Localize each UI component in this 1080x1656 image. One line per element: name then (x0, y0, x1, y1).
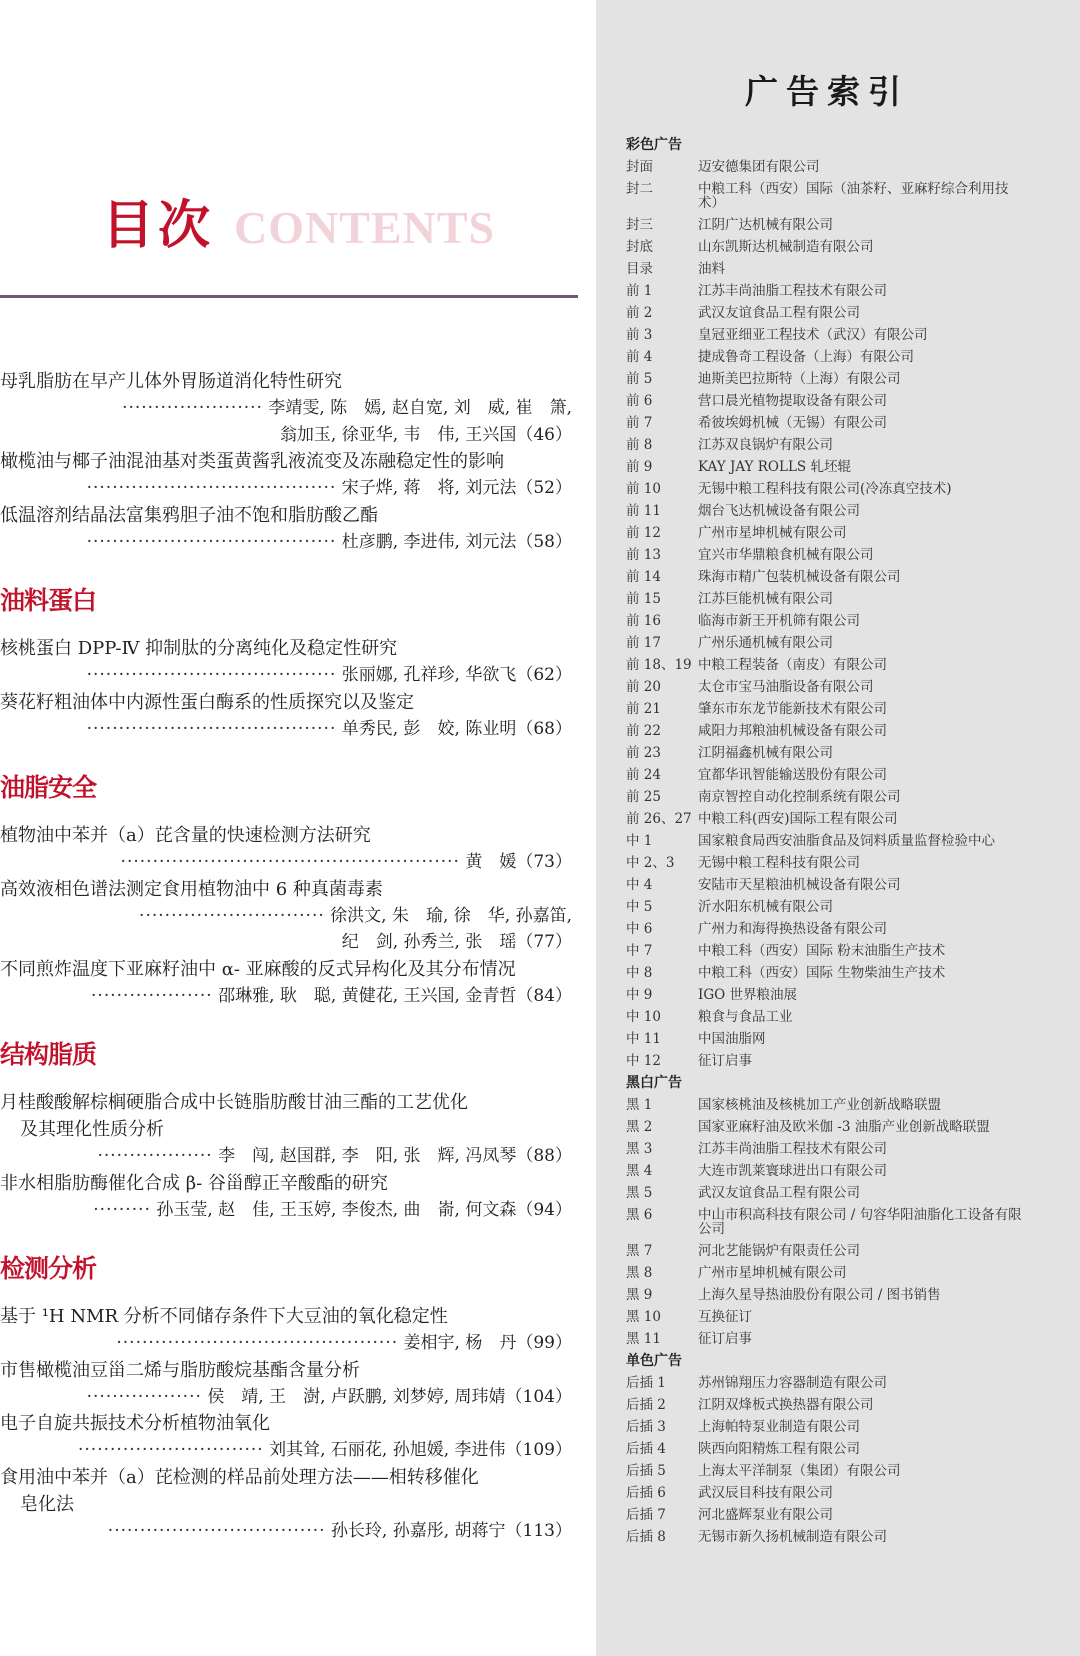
ad-entry: 中 2、3无锡中粮工程科技有限公司 (626, 852, 1026, 874)
ad-category: 彩色广告 (626, 134, 1026, 156)
ad-position: 中 8 (626, 962, 698, 984)
ad-advertiser: 宜兴市华鼎粮食机械有限公司 (698, 544, 1026, 566)
article-title-line: 不同煎炸温度下亚麻籽油中 α- 亚麻酸的反式异构化及其分布情况 (0, 959, 516, 980)
ad-entry: 前 11烟台飞达机械设备有限公司 (626, 500, 1026, 522)
article-title: 母乳脂肪在早产儿体外胃肠道消化特性研究 (0, 368, 580, 395)
authors-page: 徐洪文, 朱 瑜, 徐 华, 孙嘉笛, (330, 906, 572, 926)
toc-entry[interactable]: 高效液相色谱法测定食用植物油中 6 种真菌毒素·················… (0, 876, 580, 956)
article-title-line: 葵花籽粗油体中内源性蛋白酶系的性质探究以及鉴定 (0, 692, 414, 713)
ad-entry: 封面迈安德集团有限公司 (626, 156, 1026, 178)
ad-advertiser: 国家粮食局西安油脂食品及饲料质量监督检验中心 (698, 830, 1026, 852)
authors-line: ····························· 刘其耸, 石丽花, … (0, 1437, 572, 1464)
ad-category: 单色广告 (626, 1350, 1026, 1372)
ad-position: 前 1 (626, 280, 698, 302)
article-title: 橄榄油与椰子油混油基对类蛋黄酱乳液流变及冻融稳定性的影响 (0, 448, 580, 475)
ad-position: 前 2 (626, 302, 698, 324)
article-authors: ··················· 邵琳雅, 耿 聪, 黄健花, 王兴国, … (0, 983, 580, 1010)
ad-advertiser: 广州力和海得换热设备有限公司 (698, 918, 1026, 940)
ad-advertiser: 国家核桃油及核桃加工产业创新战略联盟 (698, 1094, 1026, 1116)
toc-entry[interactable]: 核桃蛋白 DPP-Ⅳ 抑制肽的分离纯化及稳定性研究···············… (0, 635, 580, 689)
ad-entry: 封底山东凯斯达机械制造有限公司 (626, 236, 1026, 258)
ad-entry: 黑 7河北艺能锅炉有限责任公司 (626, 1240, 1026, 1262)
ad-position: 前 22 (626, 720, 698, 742)
ad-advertiser: 征订启事 (698, 1050, 1026, 1072)
ad-advertiser: 陕西向阳精炼工程有限公司 (698, 1438, 1026, 1460)
ad-position: 前 14 (626, 566, 698, 588)
authors-line: 翁加玉, 徐亚华, 韦 伟, 王兴国（46） (0, 422, 572, 449)
ad-entry: 中 9IGO 世界粮油展 (626, 984, 1026, 1006)
ad-advertiser: 广州市星坤机械有限公司 (698, 522, 1026, 544)
ad-position: 前 3 (626, 324, 698, 346)
authors-page: 刘其耸, 石丽花, 孙旭媛, 李进伟（109） (269, 1440, 572, 1460)
article-authors: ······································· … (0, 662, 580, 689)
authors-page: 宋子烨, 蒋 将, 刘元法（52） (342, 478, 572, 498)
ad-entry: 中 7中粮工科（西安）国际 粉末油脂生产技术 (626, 940, 1026, 962)
ad-entry: 中 12征订启事 (626, 1050, 1026, 1072)
ad-advertiser: 太仓市宝马油脂设备有限公司 (698, 676, 1026, 698)
article-title-line: 低温溶剂结晶法富集鸦胆子油不饱和脂肪酸乙酯 (0, 505, 378, 526)
toc-entry[interactable]: 母乳脂肪在早产儿体外胃肠道消化特性研究·····················… (0, 368, 580, 448)
section-title: 结构脂质 (0, 1035, 580, 1071)
ad-entry: 后插 6武汉辰目科技有限公司 (626, 1482, 1026, 1504)
article-title-line: 市售橄榄油豆甾二烯与脂肪酸烷基酯含量分析 (0, 1360, 360, 1381)
leader-dots: ····························· (78, 1440, 264, 1460)
ad-advertiser: 安陆市天星粮油机械设备有限公司 (698, 874, 1026, 896)
ad-advertiser: 江苏丰尚油脂工程技术有限公司 (698, 1138, 1026, 1160)
ad-position: 前 9 (626, 456, 698, 478)
ad-position: 前 7 (626, 412, 698, 434)
ad-position: 前 17 (626, 632, 698, 654)
toc-entry[interactable]: 电子自旋共振技术分析植物油氧化·························… (0, 1410, 580, 1464)
toc-heading-en: CONTENTS (234, 201, 495, 254)
article-title-line: 食用油中苯并（a）芘检测的样品前处理方法——相转移催化 (0, 1467, 479, 1488)
ad-advertiser: 大连市凯莱寰球进出口有限公司 (698, 1160, 1026, 1182)
ad-advertiser: 无锡中粮工程科技有限公司(冷冻真空技术) (698, 478, 1026, 500)
section-title: 检测分析 (0, 1249, 580, 1285)
ad-position: 后插 5 (626, 1460, 698, 1482)
article-title: 基于 ¹H NMR 分析不同储存条件下大豆油的氧化稳定性 (0, 1303, 580, 1330)
ad-entry: 前 17广州乐通机械有限公司 (626, 632, 1026, 654)
ad-advertiser: 江阴双烽板式换热器有限公司 (698, 1394, 1026, 1416)
ad-position: 前 21 (626, 698, 698, 720)
toc-entry[interactable]: 橄榄油与椰子油混油基对类蛋黄酱乳液流变及冻融稳定性的影响············… (0, 448, 580, 502)
article-title: 低温溶剂结晶法富集鸦胆子油不饱和脂肪酸乙酯 (0, 502, 580, 529)
ad-advertiser: KAY JAY ROLLS 轧坯辊 (698, 456, 1026, 478)
authors-line: ····························· 徐洪文, 朱 瑜, … (0, 903, 572, 930)
ad-entry: 前 12广州市星坤机械有限公司 (626, 522, 1026, 544)
article-title-line: 橄榄油与椰子油混油基对类蛋黄酱乳液流变及冻融稳定性的影响 (0, 451, 504, 472)
ad-entry: 黑 10互换征订 (626, 1306, 1026, 1328)
authors-page: 杜彦鹏, 李进伟, 刘元法（58） (342, 532, 572, 552)
authors-line: ··················· 邵琳雅, 耿 聪, 黄健花, 王兴国, … (0, 983, 572, 1010)
toc-entry[interactable]: 植物油中苯并（a）芘含量的快速检测方法研究···················… (0, 822, 580, 876)
ad-advertiser: 武汉辰目科技有限公司 (698, 1482, 1026, 1504)
ad-advertiser: 迈安德集团有限公司 (698, 156, 1026, 178)
ad-position: 中 4 (626, 874, 698, 896)
ad-advertiser: 中国油脂网 (698, 1028, 1026, 1050)
ad-advertiser: 迪斯美巴拉斯特（上海）有限公司 (698, 368, 1026, 390)
toc-entry[interactable]: 月桂酸酸解棕榈硬脂合成中长链脂肪酸甘油三酯的工艺优化及其理化性质分析······… (0, 1089, 580, 1170)
article-title: 植物油中苯并（a）芘含量的快速检测方法研究 (0, 822, 580, 849)
ad-advertiser: 江阴福鑫机械有限公司 (698, 742, 1026, 764)
ad-entry: 黑 9上海久星导热油股份有限公司 / 图书销售 (626, 1284, 1026, 1306)
authors-line: ······································· … (0, 475, 572, 502)
ad-position: 中 12 (626, 1050, 698, 1072)
toc-heading-cn: 目次 (102, 183, 214, 258)
ad-position: 前 15 (626, 588, 698, 610)
authors-line: ········································… (0, 1330, 572, 1357)
leader-dots: ········································… (121, 852, 460, 872)
ad-advertiser: 上海帕特泵业制造有限公司 (698, 1416, 1026, 1438)
ad-entry: 中 1国家粮食局西安油脂食品及饲料质量监督检验中心 (626, 830, 1026, 852)
ad-advertiser: 中粮工科（西安）国际（油茶籽、亚麻籽综合利用技术） (698, 178, 1026, 214)
article-title-line: 高效液相色谱法测定食用植物油中 6 种真菌毒素 (0, 879, 383, 900)
ad-entry: 前 5迪斯美巴拉斯特（上海）有限公司 (626, 368, 1026, 390)
ad-entry: 前 3皇冠亚细亚工程技术（武汉）有限公司 (626, 324, 1026, 346)
authors-page: 单秀民, 彭 姣, 陈业明（68） (342, 719, 572, 739)
authors-page: 李 闯, 赵国群, 李 阳, 张 辉, 冯凤琴（88） (218, 1146, 572, 1166)
leader-dots: ·································· (108, 1521, 326, 1541)
ad-position: 黑 7 (626, 1240, 698, 1262)
ad-advertiser: 油料 (698, 258, 1026, 280)
ad-advertiser: 江阴广达机械有限公司 (698, 214, 1026, 236)
authors-line: ······································· … (0, 529, 572, 556)
ad-entry: 前 14珠海市精广包装机械设备有限公司 (626, 566, 1026, 588)
ad-entry: 黑 1国家核桃油及核桃加工产业创新战略联盟 (626, 1094, 1026, 1116)
ad-position: 黑 3 (626, 1138, 698, 1160)
toc-entry[interactable]: 市售橄榄油豆甾二烯与脂肪酸烷基酯含量分析·················· 侯… (0, 1357, 580, 1411)
leader-dots: ······································· (87, 478, 337, 498)
ad-entry: 中 8中粮工科（西安）国际 生物柴油生产技术 (626, 962, 1026, 984)
ad-position: 前 12 (626, 522, 698, 544)
ad-entry: 前 1江苏丰尚油脂工程技术有限公司 (626, 280, 1026, 302)
leader-dots: ······································· (87, 665, 337, 685)
authors-page: 李靖雯, 陈 嫣, 赵自宽, 刘 威, 崔 箫, (268, 398, 572, 418)
ad-position: 黑 2 (626, 1116, 698, 1138)
toc-entry[interactable]: 不同煎炸温度下亚麻籽油中 α- 亚麻酸的反式异构化及其分布情况·········… (0, 956, 580, 1010)
toc-entry[interactable]: 非水相脂肪酶催化合成 β- 谷甾醇正辛酸酯的研究········· 孙玉莹, 赵… (0, 1170, 580, 1224)
article-authors: ····························· 刘其耸, 石丽花, … (0, 1437, 580, 1464)
ad-advertiser: 无锡市新久扬机械制造有限公司 (698, 1526, 1026, 1548)
ad-advertiser: IGO 世界粮油展 (698, 984, 1026, 1006)
ad-position: 黑 4 (626, 1160, 698, 1182)
ad-position: 黑 5 (626, 1182, 698, 1204)
authors-page: 翁加玉, 徐亚华, 韦 伟, 王兴国（46） (280, 425, 572, 445)
ad-entry: 后插 7河北盛辉泵业有限公司 (626, 1504, 1026, 1526)
ad-position: 黑 11 (626, 1328, 698, 1350)
toc-entry[interactable]: 基于 ¹H NMR 分析不同储存条件下大豆油的氧化稳定性············… (0, 1303, 580, 1357)
authors-page: 侯 靖, 王 澍, 卢跃鹏, 刘梦婷, 周玮婧（104） (207, 1387, 572, 1407)
ad-position: 前 20 (626, 676, 698, 698)
ad-position: 前 4 (626, 346, 698, 368)
ad-entry: 后插 8无锡市新久扬机械制造有限公司 (626, 1526, 1026, 1548)
ad-advertiser: 肇东市东龙节能新技术有限公司 (698, 698, 1026, 720)
article-title: 非水相脂肪酶催化合成 β- 谷甾醇正辛酸酯的研究 (0, 1170, 580, 1197)
divider (0, 295, 578, 298)
ad-position: 封底 (626, 236, 698, 258)
authors-line: ·················· 侯 靖, 王 澍, 卢跃鹏, 刘梦婷, 周… (0, 1384, 572, 1411)
ad-position: 中 6 (626, 918, 698, 940)
ad-entry: 前 9KAY JAY ROLLS 轧坯辊 (626, 456, 1026, 478)
ad-entry: 中 6广州力和海得换热设备有限公司 (626, 918, 1026, 940)
contents-page: 目次 CONTENTS 母乳脂肪在早产儿体外胃肠道消化特性研究·········… (0, 0, 596, 1656)
ad-entry: 前 13宜兴市华鼎粮食机械有限公司 (626, 544, 1026, 566)
ad-advertiser: 国家亚麻籽油及欧米伽 -3 油脂产业创新战略联盟 (698, 1116, 1026, 1138)
article-title-line: 母乳脂肪在早产儿体外胃肠道消化特性研究 (0, 371, 342, 392)
ad-position: 中 7 (626, 940, 698, 962)
toc-heading: 目次 CONTENTS (102, 183, 495, 258)
ad-entry: 后插 4陕西向阳精炼工程有限公司 (626, 1438, 1026, 1460)
ad-entry: 前 2武汉友谊食品工程有限公司 (626, 302, 1026, 324)
ad-advertiser: 苏州锦翔压力容器制造有限公司 (698, 1372, 1026, 1394)
ad-advertiser: 江苏丰尚油脂工程技术有限公司 (698, 280, 1026, 302)
article-title-line: 电子自旋共振技术分析植物油氧化 (0, 1413, 270, 1434)
authors-line: ······················ 李靖雯, 陈 嫣, 赵自宽, 刘 … (0, 395, 572, 422)
ad-position: 前 24 (626, 764, 698, 786)
ad-advertiser: 广州市星坤机械有限公司 (698, 1262, 1026, 1284)
ad-entry: 前 15江苏巨能机械有限公司 (626, 588, 1026, 610)
ad-advertiser: 南京智控自动化控制系统有限公司 (698, 786, 1026, 808)
article-authors: ········································… (0, 1330, 580, 1357)
article-title-line: 核桃蛋白 DPP-Ⅳ 抑制肽的分离纯化及稳定性研究 (0, 638, 397, 659)
ad-position: 中 5 (626, 896, 698, 918)
ad-entry: 黑 4大连市凯莱寰球进出口有限公司 (626, 1160, 1026, 1182)
ad-entry: 黑 5武汉友谊食品工程有限公司 (626, 1182, 1026, 1204)
ad-entry: 前 25南京智控自动化控制系统有限公司 (626, 786, 1026, 808)
ad-advertiser: 武汉友谊食品工程有限公司 (698, 302, 1026, 324)
ad-position: 后插 7 (626, 1504, 698, 1526)
ad-index-title: 广告索引 (745, 66, 909, 113)
ad-position: 前 10 (626, 478, 698, 500)
authors-page: 纪 剑, 孙秀兰, 张 瑶（77） (342, 932, 572, 952)
ad-entry: 封二中粮工科（西安）国际（油茶籽、亚麻籽综合利用技术） (626, 178, 1026, 214)
article-title: 月桂酸酸解棕榈硬脂合成中长链脂肪酸甘油三酯的工艺优化及其理化性质分析 (0, 1089, 580, 1143)
ad-position: 黑 8 (626, 1262, 698, 1284)
ad-position: 前 6 (626, 390, 698, 412)
article-title: 高效液相色谱法测定食用植物油中 6 种真菌毒素 (0, 876, 580, 903)
article-authors: ······································· … (0, 475, 580, 502)
article-title-line: 植物油中苯并（a）芘含量的快速检测方法研究 (0, 825, 371, 846)
ad-position: 封三 (626, 214, 698, 236)
ad-position: 前 8 (626, 434, 698, 456)
article-title: 核桃蛋白 DPP-Ⅳ 抑制肽的分离纯化及稳定性研究 (0, 635, 580, 662)
ad-advertiser: 咸阳力邦粮油机械设备有限公司 (698, 720, 1026, 742)
article-authors: ·································· 孙长玲, … (0, 1518, 580, 1545)
article-authors: ······················ 李靖雯, 陈 嫣, 赵自宽, 刘 … (0, 395, 580, 448)
ad-entry: 封三江阴广达机械有限公司 (626, 214, 1026, 236)
ad-entry: 黑 6中山市积高科技有限公司 / 句容华阳油脂化工设备有限公司 (626, 1204, 1026, 1240)
ad-position: 中 11 (626, 1028, 698, 1050)
ad-entry: 黑 11征订启事 (626, 1328, 1026, 1350)
article-authors: ········································… (0, 849, 580, 876)
ad-entry: 前 16临海市新王开机筛有限公司 (626, 610, 1026, 632)
leader-dots: ······································· (87, 532, 337, 552)
authors-page: 孙长玲, 孙嘉彤, 胡蒋宁（113） (331, 1521, 572, 1541)
article-title: 电子自旋共振技术分析植物油氧化 (0, 1410, 580, 1437)
ad-advertiser: 江苏双良锅炉有限公司 (698, 434, 1026, 456)
section-title: 油料蛋白 (0, 581, 580, 617)
article-title-line: 皂化法 (0, 1491, 580, 1518)
ad-advertiser: 皇冠亚细亚工程技术（武汉）有限公司 (698, 324, 1026, 346)
ad-position: 中 2、3 (626, 852, 698, 874)
ad-position: 前 18、19 (626, 654, 698, 676)
authors-page: 孙玉莹, 赵 佳, 王玉婷, 李俊杰, 曲 嵛, 何文森（94） (156, 1200, 572, 1220)
ad-advertiser: 中粮工科(西安)国际工程有限公司 (698, 808, 1026, 830)
authors-line: ········································… (0, 849, 572, 876)
authors-page: 姜相宇, 杨 丹（99） (404, 1333, 572, 1353)
ad-position: 后插 6 (626, 1482, 698, 1504)
ad-position: 封二 (626, 178, 698, 214)
article-title: 葵花籽粗油体中内源性蛋白酶系的性质探究以及鉴定 (0, 689, 580, 716)
leader-dots: ······················ (122, 398, 263, 418)
ad-entry: 后插 2江阴双烽板式换热器有限公司 (626, 1394, 1026, 1416)
ad-advertiser: 中粮工科（西安）国际 生物柴油生产技术 (698, 962, 1026, 984)
leader-dots: ······································· (87, 719, 337, 739)
ad-entry: 前 26、27中粮工科(西安)国际工程有限公司 (626, 808, 1026, 830)
ad-entry: 前 18、19中粮工程装备（南皮）有限公司 (626, 654, 1026, 676)
toc-list: 母乳脂肪在早产儿体外胃肠道消化特性研究·····················… (0, 368, 580, 1544)
ad-advertiser: 捷成鲁奇工程设备（上海）有限公司 (698, 346, 1026, 368)
ad-entry: 前 21肇东市东龙节能新技术有限公司 (626, 698, 1026, 720)
authors-line: 纪 剑, 孙秀兰, 张 瑶（77） (0, 929, 572, 956)
ad-entry: 黑 8广州市星坤机械有限公司 (626, 1262, 1026, 1284)
authors-line: ·················· 李 闯, 赵国群, 李 阳, 张 辉, 冯… (0, 1143, 572, 1170)
ad-advertiser: 中粮工科（西安）国际 粉末油脂生产技术 (698, 940, 1026, 962)
ad-entry: 后插 5上海太平洋制泵（集团）有限公司 (626, 1460, 1026, 1482)
article-title-line: 非水相脂肪酶催化合成 β- 谷甾醇正辛酸酯的研究 (0, 1173, 388, 1194)
ad-index-list: 彩色广告封面迈安德集团有限公司封二中粮工科（西安）国际（油茶籽、亚麻籽综合利用技… (626, 134, 1026, 1548)
ad-entry: 中 4安陆市天星粮油机械设备有限公司 (626, 874, 1026, 896)
ad-advertiser: 中山市积高科技有限公司 / 句容华阳油脂化工设备有限公司 (698, 1204, 1026, 1240)
leader-dots: ········································… (116, 1333, 398, 1353)
authors-line: ······································· … (0, 662, 572, 689)
ad-position: 前 25 (626, 786, 698, 808)
ad-advertiser: 烟台飞达机械设备有限公司 (698, 500, 1026, 522)
ad-entry: 前 24宜都华讯智能输送股份有限公司 (626, 764, 1026, 786)
ad-advertiser: 山东凯斯达机械制造有限公司 (698, 236, 1026, 258)
ad-entry: 前 22咸阳力邦粮油机械设备有限公司 (626, 720, 1026, 742)
ad-position: 黑 10 (626, 1306, 698, 1328)
ad-position: 后插 3 (626, 1416, 698, 1438)
leader-dots: ··················· (91, 986, 213, 1006)
ad-entry: 前 23江阴福鑫机械有限公司 (626, 742, 1026, 764)
ad-advertiser: 营口晨光植物提取设备有限公司 (698, 390, 1026, 412)
ad-advertiser: 互换征订 (698, 1306, 1026, 1328)
ad-advertiser: 宜都华讯智能输送股份有限公司 (698, 764, 1026, 786)
article-title: 市售橄榄油豆甾二烯与脂肪酸烷基酯含量分析 (0, 1357, 580, 1384)
ad-position: 黑 6 (626, 1204, 698, 1240)
ad-position: 黑 9 (626, 1284, 698, 1306)
article-authors: ······································· … (0, 716, 580, 743)
ad-category: 黑白广告 (626, 1072, 1026, 1094)
ad-entry: 前 20太仓市宝马油脂设备有限公司 (626, 676, 1026, 698)
ad-position: 前 11 (626, 500, 698, 522)
article-authors: ·················· 侯 靖, 王 澍, 卢跃鹏, 刘梦婷, 周… (0, 1384, 580, 1411)
ad-position: 中 9 (626, 984, 698, 1006)
ad-entry: 前 6营口晨光植物提取设备有限公司 (626, 390, 1026, 412)
article-authors: ········· 孙玉莹, 赵 佳, 王玉婷, 李俊杰, 曲 嵛, 何文森（9… (0, 1197, 580, 1224)
ad-position: 前 26、27 (626, 808, 698, 830)
ad-position: 封面 (626, 156, 698, 178)
ad-entry: 后插 1苏州锦翔压力容器制造有限公司 (626, 1372, 1026, 1394)
ad-position: 前 16 (626, 610, 698, 632)
ad-advertiser: 粮食与食品工业 (698, 1006, 1026, 1028)
ad-entry: 中 11中国油脂网 (626, 1028, 1026, 1050)
article-title: 食用油中苯并（a）芘检测的样品前处理方法——相转移催化皂化法 (0, 1464, 580, 1518)
article-title-line: 基于 ¹H NMR 分析不同储存条件下大豆油的氧化稳定性 (0, 1306, 448, 1327)
toc-entry[interactable]: 低温溶剂结晶法富集鸦胆子油不饱和脂肪酸乙酯···················… (0, 502, 580, 556)
ad-entry: 中 5沂水阳东机械有限公司 (626, 896, 1026, 918)
ad-position: 后插 8 (626, 1526, 698, 1548)
ad-entry: 前 10无锡中粮工程科技有限公司(冷冻真空技术) (626, 478, 1026, 500)
ad-position: 中 1 (626, 830, 698, 852)
ad-position: 后插 4 (626, 1438, 698, 1460)
ad-advertiser: 中粮工程装备（南皮）有限公司 (698, 654, 1026, 676)
article-authors: ·················· 李 闯, 赵国群, 李 阳, 张 辉, 冯… (0, 1143, 580, 1170)
ad-position: 目录 (626, 258, 698, 280)
authors-page: 张丽娜, 孔祥珍, 华欲飞（62） (342, 665, 572, 685)
ad-advertiser: 上海久星导热油股份有限公司 / 图书销售 (698, 1284, 1026, 1306)
ad-entry: 前 4捷成鲁奇工程设备（上海）有限公司 (626, 346, 1026, 368)
article-title: 不同煎炸温度下亚麻籽油中 α- 亚麻酸的反式异构化及其分布情况 (0, 956, 580, 983)
ad-advertiser: 广州乐通机械有限公司 (698, 632, 1026, 654)
leader-dots: ····························· (139, 906, 325, 926)
ad-advertiser: 临海市新王开机筛有限公司 (698, 610, 1026, 632)
ad-advertiser: 武汉友谊食品工程有限公司 (698, 1182, 1026, 1204)
ad-entry: 黑 2国家亚麻籽油及欧米伽 -3 油脂产业创新战略联盟 (626, 1116, 1026, 1138)
authors-line: ·································· 孙长玲, … (0, 1518, 572, 1545)
ad-position: 后插 2 (626, 1394, 698, 1416)
ad-advertiser: 沂水阳东机械有限公司 (698, 896, 1026, 918)
authors-page: 邵琳雅, 耿 聪, 黄健花, 王兴国, 金青哲（84） (218, 986, 572, 1006)
ad-position: 前 5 (626, 368, 698, 390)
toc-entry[interactable]: 食用油中苯并（a）芘检测的样品前处理方法——相转移催化皂化法··········… (0, 1464, 580, 1545)
article-authors: ····························· 徐洪文, 朱 瑜, … (0, 903, 580, 956)
leader-dots: ·················· (97, 1146, 212, 1166)
ad-position: 黑 1 (626, 1094, 698, 1116)
leader-dots: ·················· (87, 1387, 202, 1407)
section-title: 油脂安全 (0, 768, 580, 804)
ad-advertiser: 上海太平洋制泵（集团）有限公司 (698, 1460, 1026, 1482)
ad-position: 前 13 (626, 544, 698, 566)
ad-advertiser: 江苏巨能机械有限公司 (698, 588, 1026, 610)
ad-entry: 中 10粮食与食品工业 (626, 1006, 1026, 1028)
ad-advertiser: 河北艺能锅炉有限责任公司 (698, 1240, 1026, 1262)
article-title-line: 月桂酸酸解棕榈硬脂合成中长链脂肪酸甘油三酯的工艺优化 (0, 1092, 468, 1113)
ad-position: 中 10 (626, 1006, 698, 1028)
ad-entry: 前 8江苏双良锅炉有限公司 (626, 434, 1026, 456)
ad-advertiser: 无锡中粮工程科技有限公司 (698, 852, 1026, 874)
ad-advertiser: 征订启事 (698, 1328, 1026, 1350)
ad-position: 前 23 (626, 742, 698, 764)
ad-entry: 前 7希彼埃姆机械（无锡）有限公司 (626, 412, 1026, 434)
article-authors: ······································· … (0, 529, 580, 556)
ad-advertiser: 河北盛辉泵业有限公司 (698, 1504, 1026, 1526)
toc-entry[interactable]: 葵花籽粗油体中内源性蛋白酶系的性质探究以及鉴定·················… (0, 689, 580, 743)
authors-line: ······································· … (0, 716, 572, 743)
ad-entry: 目录油料 (626, 258, 1026, 280)
leader-dots: ········· (93, 1200, 151, 1220)
ad-entry: 后插 3上海帕特泵业制造有限公司 (626, 1416, 1026, 1438)
article-title-line: 及其理化性质分析 (0, 1116, 580, 1143)
authors-line: ········· 孙玉莹, 赵 佳, 王玉婷, 李俊杰, 曲 嵛, 何文森（9… (0, 1197, 572, 1224)
ad-advertiser: 希彼埃姆机械（无锡）有限公司 (698, 412, 1026, 434)
ad-position: 后插 1 (626, 1372, 698, 1394)
authors-page: 黄 媛（73） (465, 852, 572, 872)
ad-entry: 黑 3江苏丰尚油脂工程技术有限公司 (626, 1138, 1026, 1160)
ad-advertiser: 珠海市精广包装机械设备有限公司 (698, 566, 1026, 588)
